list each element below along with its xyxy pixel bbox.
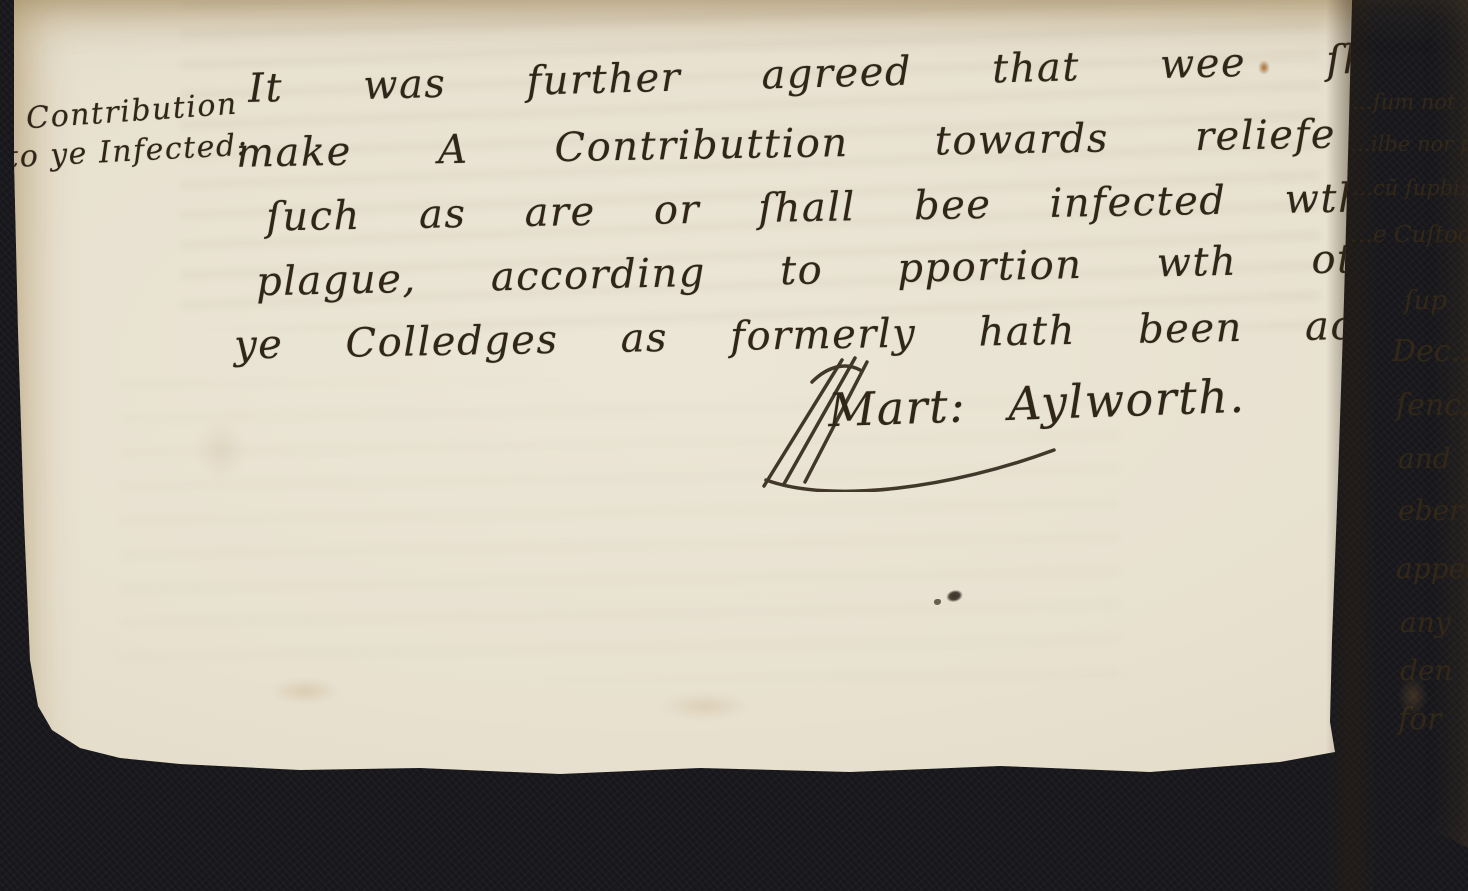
foxing-stain <box>196 420 246 480</box>
facing-page-text-fragment: any <box>1400 606 1451 639</box>
facing-page-text-fragment: ſenc… <box>1396 388 1468 423</box>
facing-page-text-fragment: ſup <box>1404 286 1447 316</box>
manuscript-photo: …ſum not …ſt …ilbe nor payd en …cū ſupbi… <box>0 0 1468 891</box>
foxing-stain <box>270 678 340 704</box>
facing-page-text-fragment: …ilbe nor payd en <box>1350 132 1468 156</box>
facing-page-text-fragment: and <box>1398 442 1451 475</box>
facing-page-text-fragment: …cū ſupbi: <box>1352 176 1467 200</box>
foxing-stain <box>1398 676 1428 716</box>
manuscript-left-page: Contribution to ye Infected: It was furt… <box>0 0 1468 891</box>
facing-page-text-fragment: …e Cuſtodien ey <box>1350 222 1468 248</box>
rust-stain <box>1258 60 1270 75</box>
foxing-stain <box>660 692 750 720</box>
facing-page-text-fragment: appea… <box>1396 552 1468 585</box>
facing-page-text-fragment: …ſum not …ſt <box>1352 90 1468 114</box>
facing-page-text-fragment: eber <box>1398 494 1462 527</box>
facing-page-text-fragment: Dec… <box>1392 334 1468 369</box>
